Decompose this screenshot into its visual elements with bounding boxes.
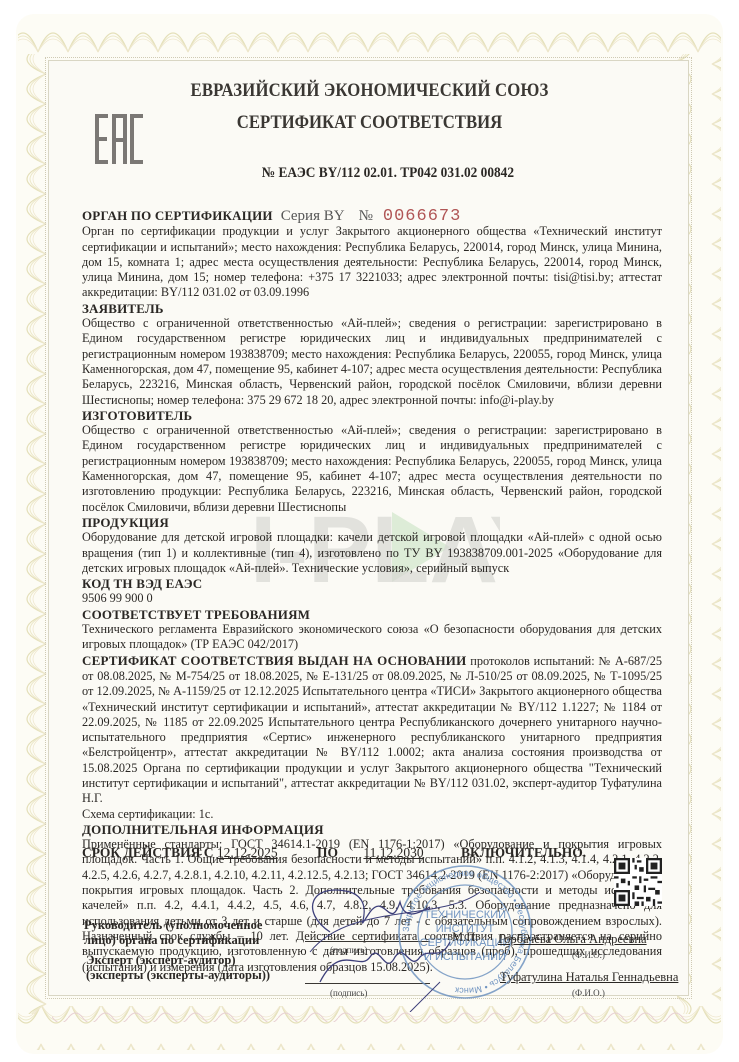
serial-number: 0066673 xyxy=(383,207,461,226)
seal-caption: М.П. xyxy=(452,930,478,945)
expert-name: Туфатулина Наталья Геннадьевна xyxy=(500,970,678,985)
certificate-number: № ЕАЭС BY/112 02.01. ТР042 031.02 00842 xyxy=(30,165,710,182)
validity-from-date: 12.12.2025 xyxy=(217,845,278,860)
manufacturer-heading: ИЗГОТОВИТЕЛЬ xyxy=(82,408,662,423)
validity-end-label: ВКЛЮЧИТЕЛЬНО. xyxy=(461,845,586,860)
conforms-heading: СООТВЕТСТВУЕТ ТРЕБОВАНИЯМ xyxy=(82,607,662,622)
expert-signature-label: Эксперт (эксперт-аудитор) (эксперты (экс… xyxy=(86,953,270,983)
certificate-title: СЕРТИФИКАТ СООТВЕТСТВИЯ xyxy=(44,112,694,134)
head-label-line2: лицо) органа по сертификации xyxy=(84,933,262,948)
validity-to-date: 11.12.2030 xyxy=(363,845,423,860)
expert-label-line2: (эксперты (эксперты-аудиторы)) xyxy=(86,968,270,983)
expert-fio-caption: (Ф.И.О.) xyxy=(572,988,605,998)
head-signature-label: Руководитель (уполномоченное лицо) орган… xyxy=(84,918,262,948)
manufacturer-text: Общество с ограниченной ответственностью… xyxy=(82,423,662,515)
head-fio-caption: (Ф.И.О.) xyxy=(572,950,605,960)
certification-body-heading: ОРГАН ПО СЕРТИФИКАЦИИ xyxy=(82,208,273,223)
scheme-text: Схема сертификации: 1с. xyxy=(82,807,662,822)
code-heading: КОД ТН ВЭД ЕАЭС xyxy=(82,576,662,591)
expert-label-line1: Эксперт (эксперт-аудитор) xyxy=(86,953,270,968)
certification-body-text: Орган по сертификации продукции и услуг … xyxy=(82,224,662,300)
validity-to-label: ПО xyxy=(317,845,338,860)
conforms-text: Технического регламента Евразийского эко… xyxy=(82,622,662,653)
validity-from-label: СРОК ДЕЙСТВИЯ С xyxy=(82,845,214,860)
code-text: 9506 99 900 0 xyxy=(82,591,662,606)
basis-text: протоколов испытаний: № А-687/25 от 08.0… xyxy=(82,654,662,806)
head-label-line1: Руководитель (уполномоченное xyxy=(84,918,262,933)
additional-heading: ДОПОЛНИТЕЛЬНАЯ ИНФОРМАЦИЯ xyxy=(82,822,662,837)
head-name: Горбачёва Ольга Андреевна xyxy=(498,932,647,947)
qr-code xyxy=(614,858,662,906)
union-title: ЕВРАЗИЙСКИЙ ЭКОНОМИЧЕСКИЙ СОЮЗ xyxy=(44,80,694,102)
validity-period: СРОК ДЕЙСТВИЯ С 12.12.2025 ПО 11.12.2030… xyxy=(82,845,586,861)
serial-no-sign: № xyxy=(359,208,373,224)
product-text: Оборудование для детской игровой площадк… xyxy=(82,530,662,576)
basis-heading: СЕРТИФИКАТ СООТВЕТСТВИЯ ВЫДАН НА ОСНОВАН… xyxy=(82,653,466,668)
applicant-text: Общество с ограниченной ответственностью… xyxy=(82,316,662,408)
product-heading: ПРОДУКЦИЯ xyxy=(82,515,662,530)
serial-label: Серия BY xyxy=(281,208,345,224)
applicant-heading: ЗАЯВИТЕЛЬ xyxy=(82,301,662,316)
